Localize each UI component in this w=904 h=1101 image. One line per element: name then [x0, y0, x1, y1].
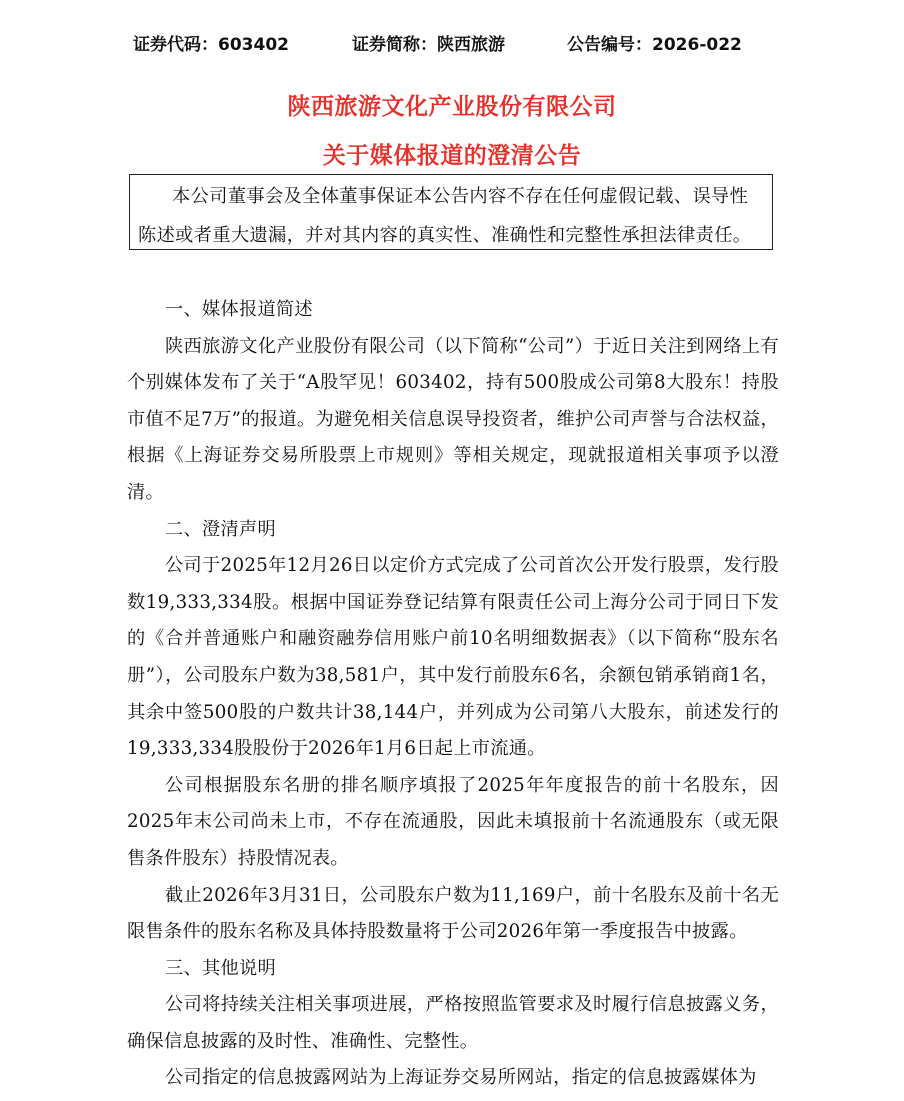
announcement-body: 一、媒体报道简述 陕西旅游文化产业股份有限公司（以下简称“公司”）于近日关注到网…: [127, 292, 779, 1097]
board-guarantee-notice: 本公司董事会及全体董事保证本公告内容不存在任何虚假记载、误导性陈述或者重大遗漏，…: [129, 174, 773, 250]
security-code: 证券代码：603402: [133, 30, 289, 55]
paragraph-media-report: 陕西旅游文化产业股份有限公司（以下简称“公司”）于近日关注到网络上有个别媒体发布…: [127, 329, 779, 512]
section-heading-clarification: 二、澄清声明: [127, 512, 779, 549]
company-title: 陕西旅游文化产业股份有限公司: [0, 88, 904, 121]
security-abbreviation: 证券简称：陕西旅游: [352, 30, 505, 55]
section-heading-other: 三、其他说明: [127, 951, 779, 988]
announcement-title: 关于媒体报道的澄清公告: [0, 137, 904, 170]
section-heading-media-report: 一、媒体报道简述: [127, 292, 779, 329]
paragraph-annual-report: 公司根据股东名册的排名顺序填报了2025年年度报告的前十名股东，因2025年末公…: [127, 768, 779, 878]
paragraph-disclosure-obligation: 公司将持续关注相关事项进展，严格按照监管要求及时履行信息披露义务，确保信息披露的…: [127, 987, 779, 1060]
announcement-number: 公告编号：2026-022: [567, 30, 742, 55]
paragraph-disclosure-media: 公司指定的信息披露网站为上海证券交易所网站，指定的信息披露媒体为: [127, 1060, 779, 1097]
document-header: 证券代码：603402 证券简称：陕西旅游 公告编号：2026-022: [0, 28, 904, 58]
paragraph-shareholder-count: 截止2026年3月31日，公司股东户数为11,169户，前十名股东及前十名无限售…: [127, 878, 779, 951]
paragraph-ipo-details: 公司于2025年12月26日以定价方式完成了公司首次公开发行股票，发行股数19,…: [127, 548, 779, 768]
